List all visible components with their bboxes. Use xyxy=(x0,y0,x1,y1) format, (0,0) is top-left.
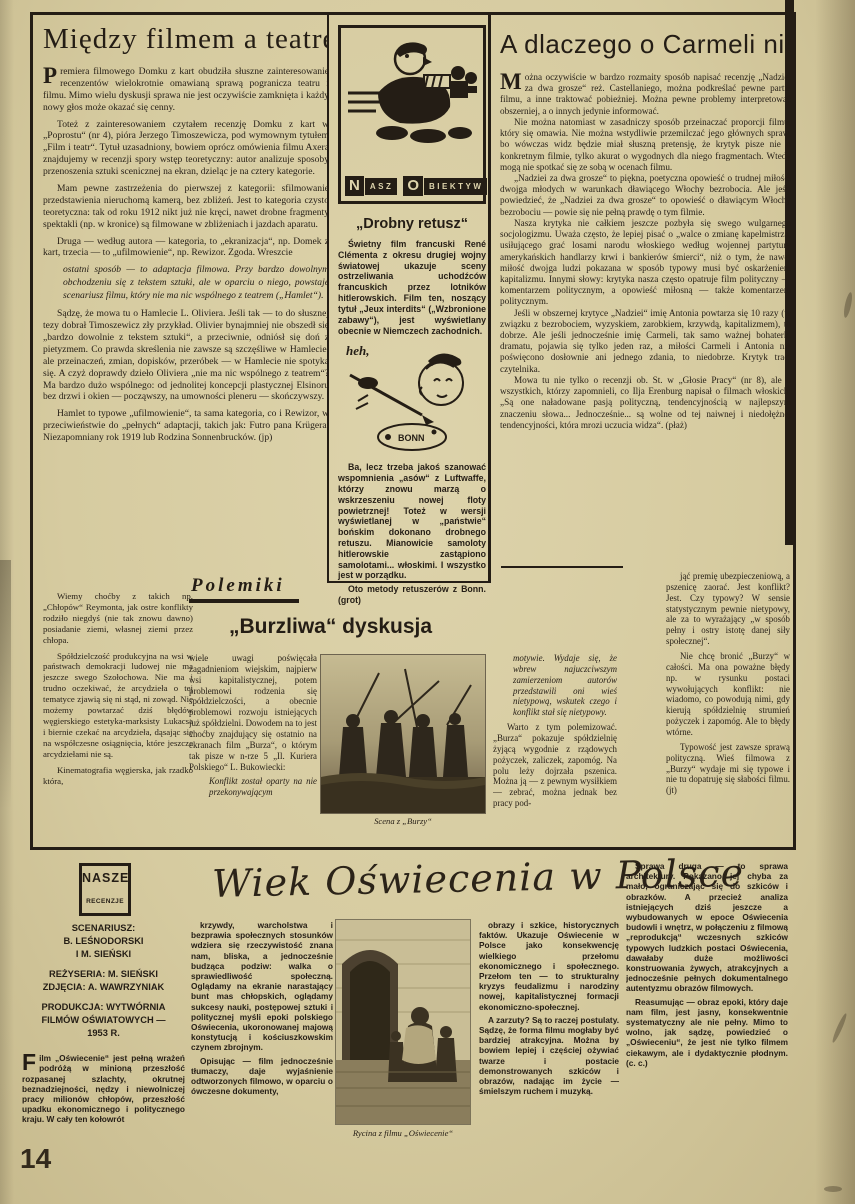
lead-paragraph: Można oczywiście w bardzo rozmaity sposó… xyxy=(500,72,791,117)
lead-paragraph: Film „Oświecenie“ jest pełną wrażeń podr… xyxy=(22,1053,185,1124)
main-frame: Między filmem a teatrem Premiera filmowe… xyxy=(30,12,796,850)
logo-letter: O xyxy=(403,176,423,196)
badge-line: NASZE xyxy=(82,871,128,885)
margin-smudge xyxy=(842,292,853,319)
article-title-film-theatre: Między filmem a teatrem xyxy=(43,23,329,56)
paragraph: Druga — według autora — kategoria, to „e… xyxy=(43,236,329,260)
paragraph: wiele uwagi poświęcała zagadnieniom wiej… xyxy=(189,653,317,772)
paragraph: Toteż z zainteresowaniem czytałem recenz… xyxy=(43,119,329,178)
burzliwa-column-2: motywie. Wydaje się, że wbrew najuczciws… xyxy=(493,653,617,847)
paragraph: Oto metody retuszerów z Bonn. (grot) xyxy=(338,584,486,606)
paragraph: Wiemy choćby z takich np. „Chłopów“ Reym… xyxy=(43,591,193,646)
paragraph-group: wiele uwagi poświęcała zagadnieniom wiej… xyxy=(189,653,317,772)
page-number: 14 xyxy=(20,1143,51,1175)
oswiecenie-column-2: krzywdy, warcholstwa i bezprawia społecz… xyxy=(191,920,333,1154)
paragraph: Sprawa druga — to sprawa architektury. P… xyxy=(626,861,788,994)
paragraph: Sądzę, że mowa tu o Hamlecie L. Oliviera… xyxy=(43,308,329,403)
badge-line: RECENZJE xyxy=(82,898,128,905)
paragraph-group: Toteż z zainteresowaniem czytałem recenz… xyxy=(43,119,329,260)
margin-smudge xyxy=(831,1012,849,1043)
logo-word: BIEKTYW xyxy=(424,178,487,195)
cameraman-cartoon xyxy=(344,31,482,151)
paragraph: Nie można natomiast w zasadniczy sposób … xyxy=(500,117,791,173)
credit-line: 1953 R. xyxy=(22,1027,185,1040)
polemiki-kicker: Polemiki xyxy=(189,575,299,603)
drop-cap: F xyxy=(22,1053,39,1072)
drobny-retusz-heading: „Drobny retusz“ xyxy=(338,216,486,232)
paragraph: Reasumując — obraz epoki, który daje nam… xyxy=(626,997,788,1068)
paragraph: Hamlet to typowe „ufilmowienie“, ta sama… xyxy=(43,408,329,444)
paragraph: „Nadziei za dwa grosze“ to piękna, poety… xyxy=(500,173,791,218)
burza-film-still xyxy=(321,655,485,813)
paragraph: krzywdy, warcholstwa i bezprawia społecz… xyxy=(191,920,333,1053)
nasz-obiektyw-logo: N ASZ O BIEKTYW xyxy=(345,176,493,196)
retoucher-cartoon: heh, xyxy=(338,339,484,457)
paragraph: Mam pewne zastrzeżenia do pierwszej z ka… xyxy=(43,183,329,231)
logo-word: ASZ xyxy=(365,178,398,195)
paragraph: Opisując — film jednocześnie tłumaczy, d… xyxy=(191,1056,333,1097)
article-end-rule xyxy=(501,566,623,568)
paragraph-group: Świetny film francuski René Clémenta z o… xyxy=(338,239,486,336)
article-film-theatre: Między filmem a teatrem Premiera filmowe… xyxy=(43,21,329,583)
lead-text: ilm „Oświecenie“ jest pełną wrażeń podró… xyxy=(22,1053,185,1124)
quotation: Konflikt został oparty na nie przekonywa… xyxy=(189,776,317,798)
paragraph: Nasza krytyka nie całkiem jeszcze pozbył… xyxy=(500,218,791,308)
article-title-carmeli: A dlaczego o Carmeli nie? xyxy=(500,29,791,60)
column-rule xyxy=(327,15,329,581)
paragraph: Świetny film francuski René Clémenta z o… xyxy=(338,239,486,336)
oswiecenie-engraving xyxy=(336,920,470,1124)
cartoon-word-bonn: BONN xyxy=(398,433,425,443)
paragraph: A zarzuty? Są to raczej postulaty. Sądzę… xyxy=(479,1015,619,1097)
credit-line: PRODUKCJA: WYTWÓRNIA xyxy=(22,1001,185,1014)
paragraph: Jeśli w obszernej krytyce „Nadziei“ imię… xyxy=(500,308,791,375)
nasze-recenzje-badge: NASZE RECENZJE xyxy=(79,863,131,916)
paragraph: obrazy i szkice, historycznych faktów. U… xyxy=(479,920,619,1012)
nasz-obiektyw-strip: N ASZ O BIEKTYW „Drobny retusz“ Świetny … xyxy=(338,25,486,609)
column-rule xyxy=(488,15,491,581)
oswiecenie-column-4: Sprawa druga — to sprawa architektury. P… xyxy=(626,861,788,1161)
paragraph: Nie chcę bronić „Burzy“ w całości. Ma on… xyxy=(666,651,790,738)
oswiecenie-column-1: SCENARIUSZ:B. LEŚNODORSKII M. SIEŃSKIREŻ… xyxy=(22,922,185,1154)
burzliwa-column-3: jąć premię ubezpieczeniową, a pszenicę z… xyxy=(666,571,790,849)
photo-caption: Scena z „Burzy“ xyxy=(321,816,485,826)
nasz-obiektyw-box: N ASZ O BIEKTYW xyxy=(338,25,486,204)
lead-paragraph: Premiera filmowego Domku z kart obudziła… xyxy=(43,66,329,114)
credit-line: ZDJĘCIA: A. WAWRZYNIAK xyxy=(22,981,185,994)
paragraph-group: Warto z tym polemizować. „Burza“ pokazuj… xyxy=(493,722,617,809)
quotation: motywie. Wydaje się, że wbrew najuczciws… xyxy=(493,653,617,718)
lead-text: ożna oczywiście w bardzo rozmaity sposób… xyxy=(500,72,791,116)
oswiecenie-column-3: obrazy i szkice, historycznych faktów. U… xyxy=(479,920,619,1160)
credit-line: FILMÓW OŚWIATOWYCH — xyxy=(22,1014,185,1027)
paragraph-group: Sądzę, że mowa tu o Hamlecie L. Oliviera… xyxy=(43,308,329,444)
burzliwa-title: „Burzliwa“ dyskusja xyxy=(229,615,432,639)
paragraph: Ba, lecz trzeba jakoś szanować wspomnien… xyxy=(338,462,486,581)
article-carmeli: A dlaczego o Carmeli nie? Można oczywiśc… xyxy=(500,21,791,563)
paragraph: Mowa tu nie tylko o recenzji ob. St. w „… xyxy=(500,375,791,431)
logo-letter: N xyxy=(345,176,364,196)
quotation: ostatni sposób — to adaptacja filmowa. P… xyxy=(43,264,329,303)
svg-text:heh,: heh, xyxy=(346,343,369,358)
drop-cap: P xyxy=(43,66,60,85)
column-continuation: Wiemy choćby z takich np. „Chłopów“ Reym… xyxy=(43,591,193,843)
margin-smudge xyxy=(824,1186,842,1192)
photo-caption: Rycina z filmu „Oświecenie“ xyxy=(326,1128,480,1138)
paragraph: Typowość jest zawsze sprawą polityczną. … xyxy=(666,742,790,796)
paragraph: Spółdzielczość produkcyjna na wsi w pańs… xyxy=(43,651,193,760)
credit-line: B. LEŚNODORSKI xyxy=(22,935,185,948)
scan-crease xyxy=(0,560,11,810)
credit-line: SCENARIUSZ: xyxy=(22,922,185,935)
burzliwa-column-1: wiele uwagi poświęcała zagadnieniom wiej… xyxy=(189,653,317,847)
paragraph-group: Nie można natomiast w zasadniczy sposób … xyxy=(500,117,791,431)
paragraph: Kinematografia węgierska, jak rzadko któ… xyxy=(43,765,193,787)
lead-text: remiera filmowego Domku z kart obudziła … xyxy=(43,66,329,113)
credit-line: REŻYSERIA: M. SIEŃSKI xyxy=(22,968,185,981)
drop-cap: M xyxy=(500,72,525,91)
credit-line: I M. SIEŃSKI xyxy=(22,948,185,961)
paragraph: Warto z tym polemizować. „Burza“ pokazuj… xyxy=(493,722,617,809)
paragraph-group: Ba, lecz trzeba jakoś szanować wspomnien… xyxy=(338,462,486,606)
paragraph: jąć premię ubezpieczeniową, a pszenicę z… xyxy=(666,571,790,647)
film-credits: SCENARIUSZ:B. LEŚNODORSKII M. SIEŃSKIREŻ… xyxy=(22,922,185,1040)
magazine-page: Między filmem a teatrem Premiera filmowe… xyxy=(0,0,855,1204)
